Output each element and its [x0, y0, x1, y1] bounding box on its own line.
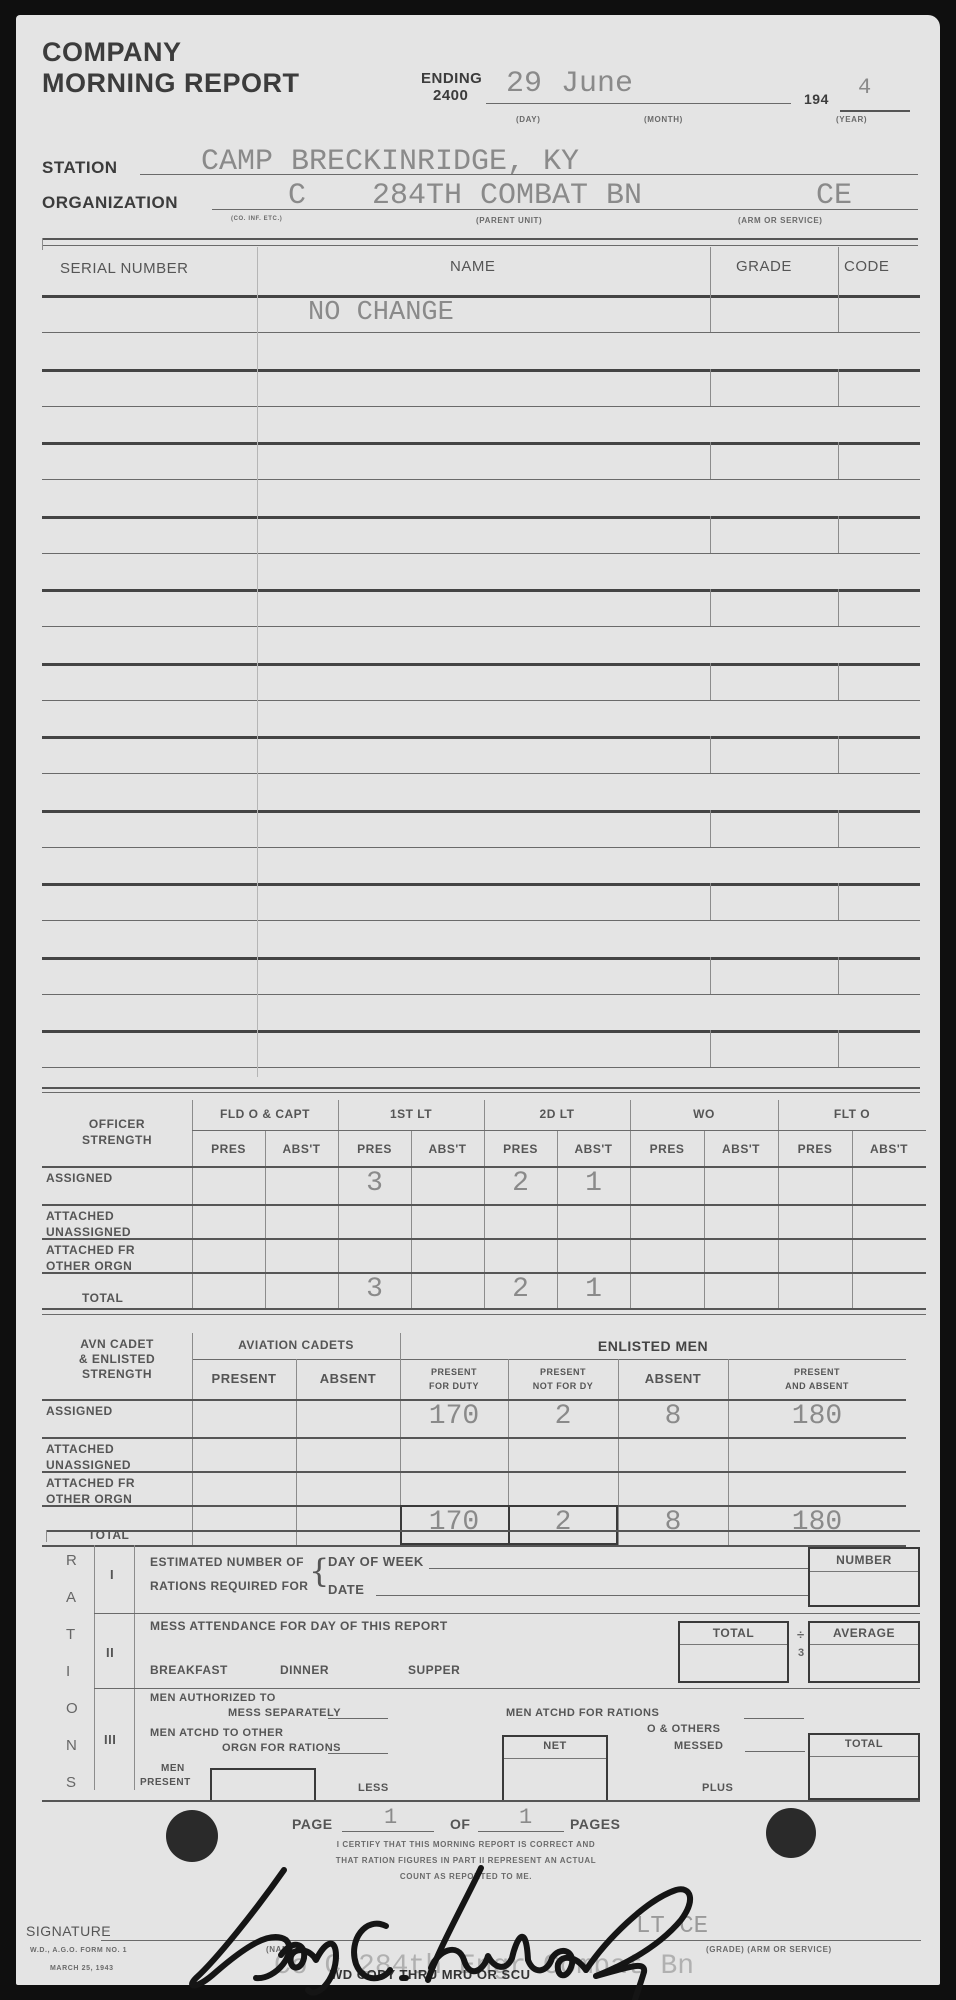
- sub-divider: [852, 1130, 853, 1308]
- others-label-1: O & OTHERS: [647, 1723, 720, 1735]
- group-header-rule: [192, 1130, 926, 1131]
- rations-letter: A: [66, 1589, 77, 1606]
- roster-row-rule: [42, 810, 920, 813]
- men-atchd-other-label-2: ORGN FOR RATIONS: [222, 1742, 341, 1754]
- year-caption: (YEAR): [836, 115, 867, 124]
- enlisted-group-rule: [192, 1359, 906, 1360]
- officer-row-label: ATTACHEDUNASSIGNED: [46, 1208, 196, 1240]
- officer-group-header: FLD O & CAPT: [192, 1107, 338, 1121]
- roster-row-rule: [42, 589, 920, 592]
- rations-letter: O: [66, 1700, 78, 1717]
- pages-underline: [478, 1831, 564, 1832]
- month-value: June: [561, 67, 633, 101]
- orgn-for-rations-field[interactable]: [328, 1753, 388, 1754]
- total-box-divider: [508, 1505, 510, 1545]
- grade-column-divider: [710, 810, 711, 847]
- sub-header-pres: PRES: [778, 1142, 852, 1156]
- part1-line2: RATIONS REQUIRED FOR: [150, 1579, 308, 1593]
- sub-header-pres: PRES: [338, 1142, 411, 1156]
- title-line-1: COMPANY: [42, 37, 300, 68]
- sub-divider: [265, 1130, 266, 1308]
- men-present-label-2: PRESENT: [140, 1777, 191, 1788]
- supper-label: SUPPER: [408, 1663, 460, 1677]
- sub-header-abs: ABS'T: [265, 1142, 338, 1156]
- header-code: CODE: [844, 258, 889, 275]
- code-column-divider: [838, 442, 839, 479]
- officer-group-header: FLT O: [778, 1107, 926, 1121]
- pages-value: 1: [519, 1805, 532, 1830]
- mess-separately-field[interactable]: [328, 1718, 388, 1719]
- officer-bottom-rule-2: [42, 1314, 926, 1315]
- roster-row-rule: [42, 442, 920, 445]
- grade-column-divider: [710, 442, 711, 479]
- rations-letter: R: [66, 1552, 77, 1569]
- org-company-value: C: [288, 179, 306, 213]
- roster-row-rule: [42, 516, 920, 519]
- officer-row-label: TOTAL: [82, 1290, 232, 1306]
- header-name: NAME: [450, 258, 495, 275]
- rations-total-box[interactable]: TOTAL: [808, 1733, 920, 1800]
- pages-label: PAGES: [570, 1816, 620, 1832]
- org-caption-parent: (PARENT UNIT): [476, 216, 542, 225]
- enlisted-cell[interactable]: 180: [728, 1507, 906, 1538]
- roster-top-rule: [42, 238, 918, 240]
- roster-row-rule: [42, 663, 920, 666]
- enlisted-cell[interactable]: 2: [508, 1401, 618, 1432]
- part1-line1: ESTIMATED NUMBER OF: [150, 1555, 304, 1569]
- org-caption-co: (CO. INF. ETC.): [231, 216, 282, 222]
- roster-row-subrule: [42, 1067, 920, 1068]
- roster-row-subrule: [42, 626, 920, 627]
- form-number: W.D., A.G.O. FORM NO. 1: [30, 1947, 127, 1954]
- roster-row-rule: [42, 957, 920, 960]
- part2-bottom-rule: [94, 1688, 920, 1689]
- officer-group-header: WO: [630, 1107, 778, 1121]
- men-atchd-rations-label: MEN ATCHD FOR RATIONS: [506, 1707, 659, 1719]
- code-column-divider: [838, 589, 839, 626]
- enlisted-cell[interactable]: 170: [400, 1401, 508, 1432]
- rations-col-divider-2: [134, 1545, 135, 1790]
- enlisted-col-header: ABSENT: [618, 1371, 728, 1387]
- rations-bottom-rule: [42, 1800, 920, 1802]
- grade-column-divider: [710, 736, 711, 773]
- breakfast-label: BREAKFAST: [150, 1663, 228, 1677]
- of-label: OF: [450, 1816, 470, 1832]
- average-box[interactable]: AVERAGE: [808, 1621, 920, 1683]
- title-line-2: MORNING REPORT: [42, 68, 300, 99]
- net-box[interactable]: NET: [502, 1735, 608, 1800]
- enlisted-row-label: ATTACHEDUNASSIGNED: [46, 1441, 196, 1473]
- header-grade: GRADE: [736, 258, 792, 275]
- officer-top-rule: [42, 1087, 920, 1089]
- others-messed-field[interactable]: [745, 1751, 805, 1752]
- sub-header-pres: PRES: [192, 1142, 265, 1156]
- mess-total-box[interactable]: TOTAL: [678, 1621, 789, 1683]
- plus-label: PLUS: [702, 1782, 733, 1794]
- number-box[interactable]: NUMBER: [808, 1547, 920, 1607]
- month-caption: (MONTH): [644, 115, 683, 124]
- rations-letter: S: [66, 1774, 77, 1791]
- rations-letter: N: [66, 1737, 77, 1754]
- sub-header-pres: PRES: [630, 1142, 704, 1156]
- enlisted-col-header: PRESENTAND ABSENT: [728, 1365, 906, 1393]
- org-arm-value: CE: [816, 179, 852, 213]
- part3-numeral: III: [104, 1732, 116, 1747]
- sub-divider: [704, 1130, 705, 1308]
- grade-column-divider: [710, 295, 711, 332]
- men-authorized-label-2: MESS SEPARATELY: [228, 1707, 341, 1719]
- year-prefix: 194: [804, 91, 829, 107]
- header-serial-number: SERIAL NUMBER: [60, 260, 188, 277]
- code-column-divider: [838, 736, 839, 773]
- year-underline: [840, 110, 910, 112]
- rations-letter: T: [66, 1626, 76, 1643]
- code-column-divider: [838, 1030, 839, 1067]
- sub-header-abs: ABS'T: [411, 1142, 484, 1156]
- code-column-divider: [838, 369, 839, 406]
- roster-row-subrule: [42, 700, 920, 701]
- officer-row-rule: [42, 1204, 926, 1206]
- dinner-label: DINNER: [280, 1663, 329, 1677]
- grade-column-divider: [710, 663, 711, 700]
- enlisted-cell[interactable]: 8: [618, 1401, 728, 1432]
- roster-row-rule: [42, 295, 920, 298]
- punch-hole-right: [766, 1808, 816, 1858]
- officer-bottom-rule: [42, 1308, 926, 1310]
- roster-row-rule: [42, 736, 920, 739]
- enlisted-bottom-rule: [42, 1545, 906, 1547]
- officer-row-rule: [42, 1238, 926, 1240]
- roster-row-subrule: [42, 553, 920, 554]
- page-label: PAGE: [292, 1816, 333, 1832]
- roster-row-rule: [42, 1030, 920, 1033]
- rations-total-divider: [810, 1756, 918, 1757]
- grade-column-divider: [710, 1030, 711, 1067]
- enlisted-row-label: ATTACHED FROTHER ORGN: [46, 1475, 196, 1507]
- grade-header-divider: [710, 247, 711, 295]
- part1-bottom-rule: [94, 1613, 920, 1614]
- officer-row-label: ASSIGNED: [46, 1170, 196, 1186]
- men-atchd-other-label-1: MEN ATCHD TO OTHER: [150, 1727, 283, 1739]
- date-field[interactable]: [376, 1595, 809, 1596]
- roster-row-subrule: [42, 920, 920, 921]
- officer-cell[interactable]: 3: [338, 1274, 411, 1305]
- date-underline: [486, 103, 791, 104]
- number-label: NUMBER: [810, 1553, 918, 1567]
- roster-row-subrule: [42, 847, 920, 848]
- grade-column-divider: [710, 516, 711, 553]
- part1-day-of-week-label: DAY OF WEEK: [328, 1554, 424, 1569]
- divide-icon: ÷: [797, 1627, 805, 1642]
- grade-column-divider: [710, 369, 711, 406]
- serial-column-divider: [257, 247, 258, 1077]
- roster-row-rule: [42, 883, 920, 886]
- average-divider: [810, 1644, 918, 1645]
- divide-by-value: 3: [798, 1647, 805, 1659]
- day-of-week-field[interactable]: [429, 1568, 809, 1569]
- code-header-divider: [838, 247, 839, 295]
- average-label: AVERAGE: [810, 1626, 918, 1640]
- grade-column-divider: [710, 957, 711, 994]
- enlisted-strength-title: AVN CADET& ENLISTEDSTRENGTH: [42, 1337, 192, 1382]
- enlisted-row-rule: [42, 1437, 906, 1439]
- part2-numeral: II: [106, 1645, 114, 1660]
- rations-top-tick: [46, 1530, 47, 1542]
- station-label: STATION: [42, 158, 118, 178]
- rations-col-divider-1: [94, 1545, 95, 1790]
- org-parent-unit-value: 284TH COMBAT BN: [372, 179, 642, 213]
- enlisted-col-header: ABSENT: [296, 1371, 400, 1387]
- organization-label: ORGANIZATION: [42, 193, 178, 213]
- roster-row-subrule: [42, 406, 920, 407]
- time-label: 2400: [433, 87, 468, 104]
- men-present-label-1: MEN: [161, 1763, 185, 1774]
- officer-cell[interactable]: 1: [557, 1168, 630, 1199]
- station-underline: [140, 174, 918, 175]
- enlisted-row-rule: [42, 1471, 906, 1473]
- brace-icon: {: [309, 1553, 329, 1589]
- men-authorized-label-1: MEN AUTHORIZED TO: [150, 1692, 276, 1704]
- mess-total-divider: [680, 1644, 787, 1645]
- roster-entry-name: NO CHANGE: [308, 298, 454, 328]
- sub-header-abs: ABS'T: [557, 1142, 630, 1156]
- rations-top-rule: [46, 1530, 920, 1532]
- men-present-box[interactable]: [210, 1768, 316, 1800]
- roster-row-subrule: [42, 479, 920, 480]
- rations-letter: I: [66, 1663, 71, 1680]
- form-title: COMPANY MORNING REPORT: [42, 37, 300, 99]
- officer-group-header: 2D LT: [484, 1107, 630, 1121]
- part1-numeral: I: [110, 1567, 114, 1582]
- roster-row-subrule: [42, 773, 920, 774]
- enlisted-row-label: ASSIGNED: [46, 1403, 196, 1419]
- ending-label: ENDING: [421, 70, 482, 87]
- code-column-divider: [838, 516, 839, 553]
- net-label: NET: [504, 1740, 606, 1752]
- officer-cell[interactable]: 3: [338, 1168, 411, 1199]
- officer-strength-title: OFFICERSTRENGTH: [42, 1116, 192, 1148]
- officer-row-label: ATTACHED FROTHER ORGN: [46, 1242, 196, 1274]
- sub-header-abs: ABS'T: [852, 1142, 926, 1156]
- part1-date-label: DATE: [328, 1582, 364, 1597]
- org-caption-arm: (ARM OR SERVICE): [738, 216, 823, 225]
- grade-column-divider: [710, 589, 711, 626]
- sub-divider: [411, 1130, 412, 1308]
- officer-cell[interactable]: 1: [557, 1274, 630, 1305]
- number-divider: [810, 1571, 918, 1572]
- page-underline: [342, 1831, 434, 1832]
- sub-header-pres: PRES: [484, 1142, 557, 1156]
- page-value: 1: [384, 1805, 397, 1830]
- code-column-divider: [838, 295, 839, 332]
- enlisted-col-header: PRESENTNOT FOR DY: [508, 1365, 618, 1393]
- enlisted-cell[interactable]: 8: [618, 1507, 728, 1538]
- code-column-divider: [838, 663, 839, 700]
- code-column-divider: [838, 810, 839, 847]
- men-atchd-rations-field[interactable]: [744, 1718, 804, 1719]
- officer-cell[interactable]: 2: [484, 1168, 557, 1199]
- others-label-2: MESSED: [674, 1740, 723, 1752]
- enlisted-cell[interactable]: 180: [728, 1401, 906, 1432]
- roster-row-subrule: [42, 332, 920, 333]
- officer-group-header: 1ST LT: [338, 1107, 484, 1121]
- aviation-cadets-header: AVIATION CADETS: [192, 1338, 400, 1352]
- enlisted-men-header: ENLISTED MEN: [400, 1338, 906, 1354]
- officer-cell[interactable]: 2: [484, 1274, 557, 1305]
- day-caption: (DAY): [516, 115, 540, 124]
- less-label: LESS: [358, 1782, 389, 1794]
- mess-total-label: TOTAL: [680, 1626, 787, 1640]
- roster-top-rule-2: [42, 245, 918, 246]
- year-value: 4: [858, 75, 871, 100]
- organization-underline: [212, 209, 918, 210]
- punch-hole-left: [166, 1810, 218, 1862]
- roster-top-tick: [42, 238, 43, 250]
- day-value: 29: [506, 67, 542, 101]
- certify-line-1: I CERTIFY THAT THIS MORNING REPORT IS CO…: [266, 1840, 666, 1849]
- rations-total-label: TOTAL: [810, 1738, 918, 1750]
- roster-row-rule: [42, 369, 920, 372]
- handwritten-signature: [176, 1860, 746, 2000]
- enlisted-col-header: PRESENT: [192, 1371, 296, 1387]
- morning-report-form: COMPANY MORNING REPORT ENDING 2400 29 Ju…: [16, 15, 940, 1985]
- officer-top-rule-2: [42, 1092, 920, 1093]
- part2-title: MESS ATTENDANCE FOR DAY OF THIS REPORT: [150, 1619, 448, 1633]
- signature-label: SIGNATURE: [26, 1923, 111, 1939]
- code-column-divider: [838, 957, 839, 994]
- sub-header-abs: ABS'T: [704, 1142, 778, 1156]
- form-date: MARCH 25, 1943: [50, 1965, 114, 1972]
- net-divider: [504, 1758, 606, 1759]
- roster-row-subrule: [42, 994, 920, 995]
- grade-column-divider: [710, 883, 711, 920]
- code-column-divider: [838, 883, 839, 920]
- enlisted-col-header: PRESENTFOR DUTY: [400, 1365, 508, 1393]
- enlisted-divider: [192, 1333, 193, 1545]
